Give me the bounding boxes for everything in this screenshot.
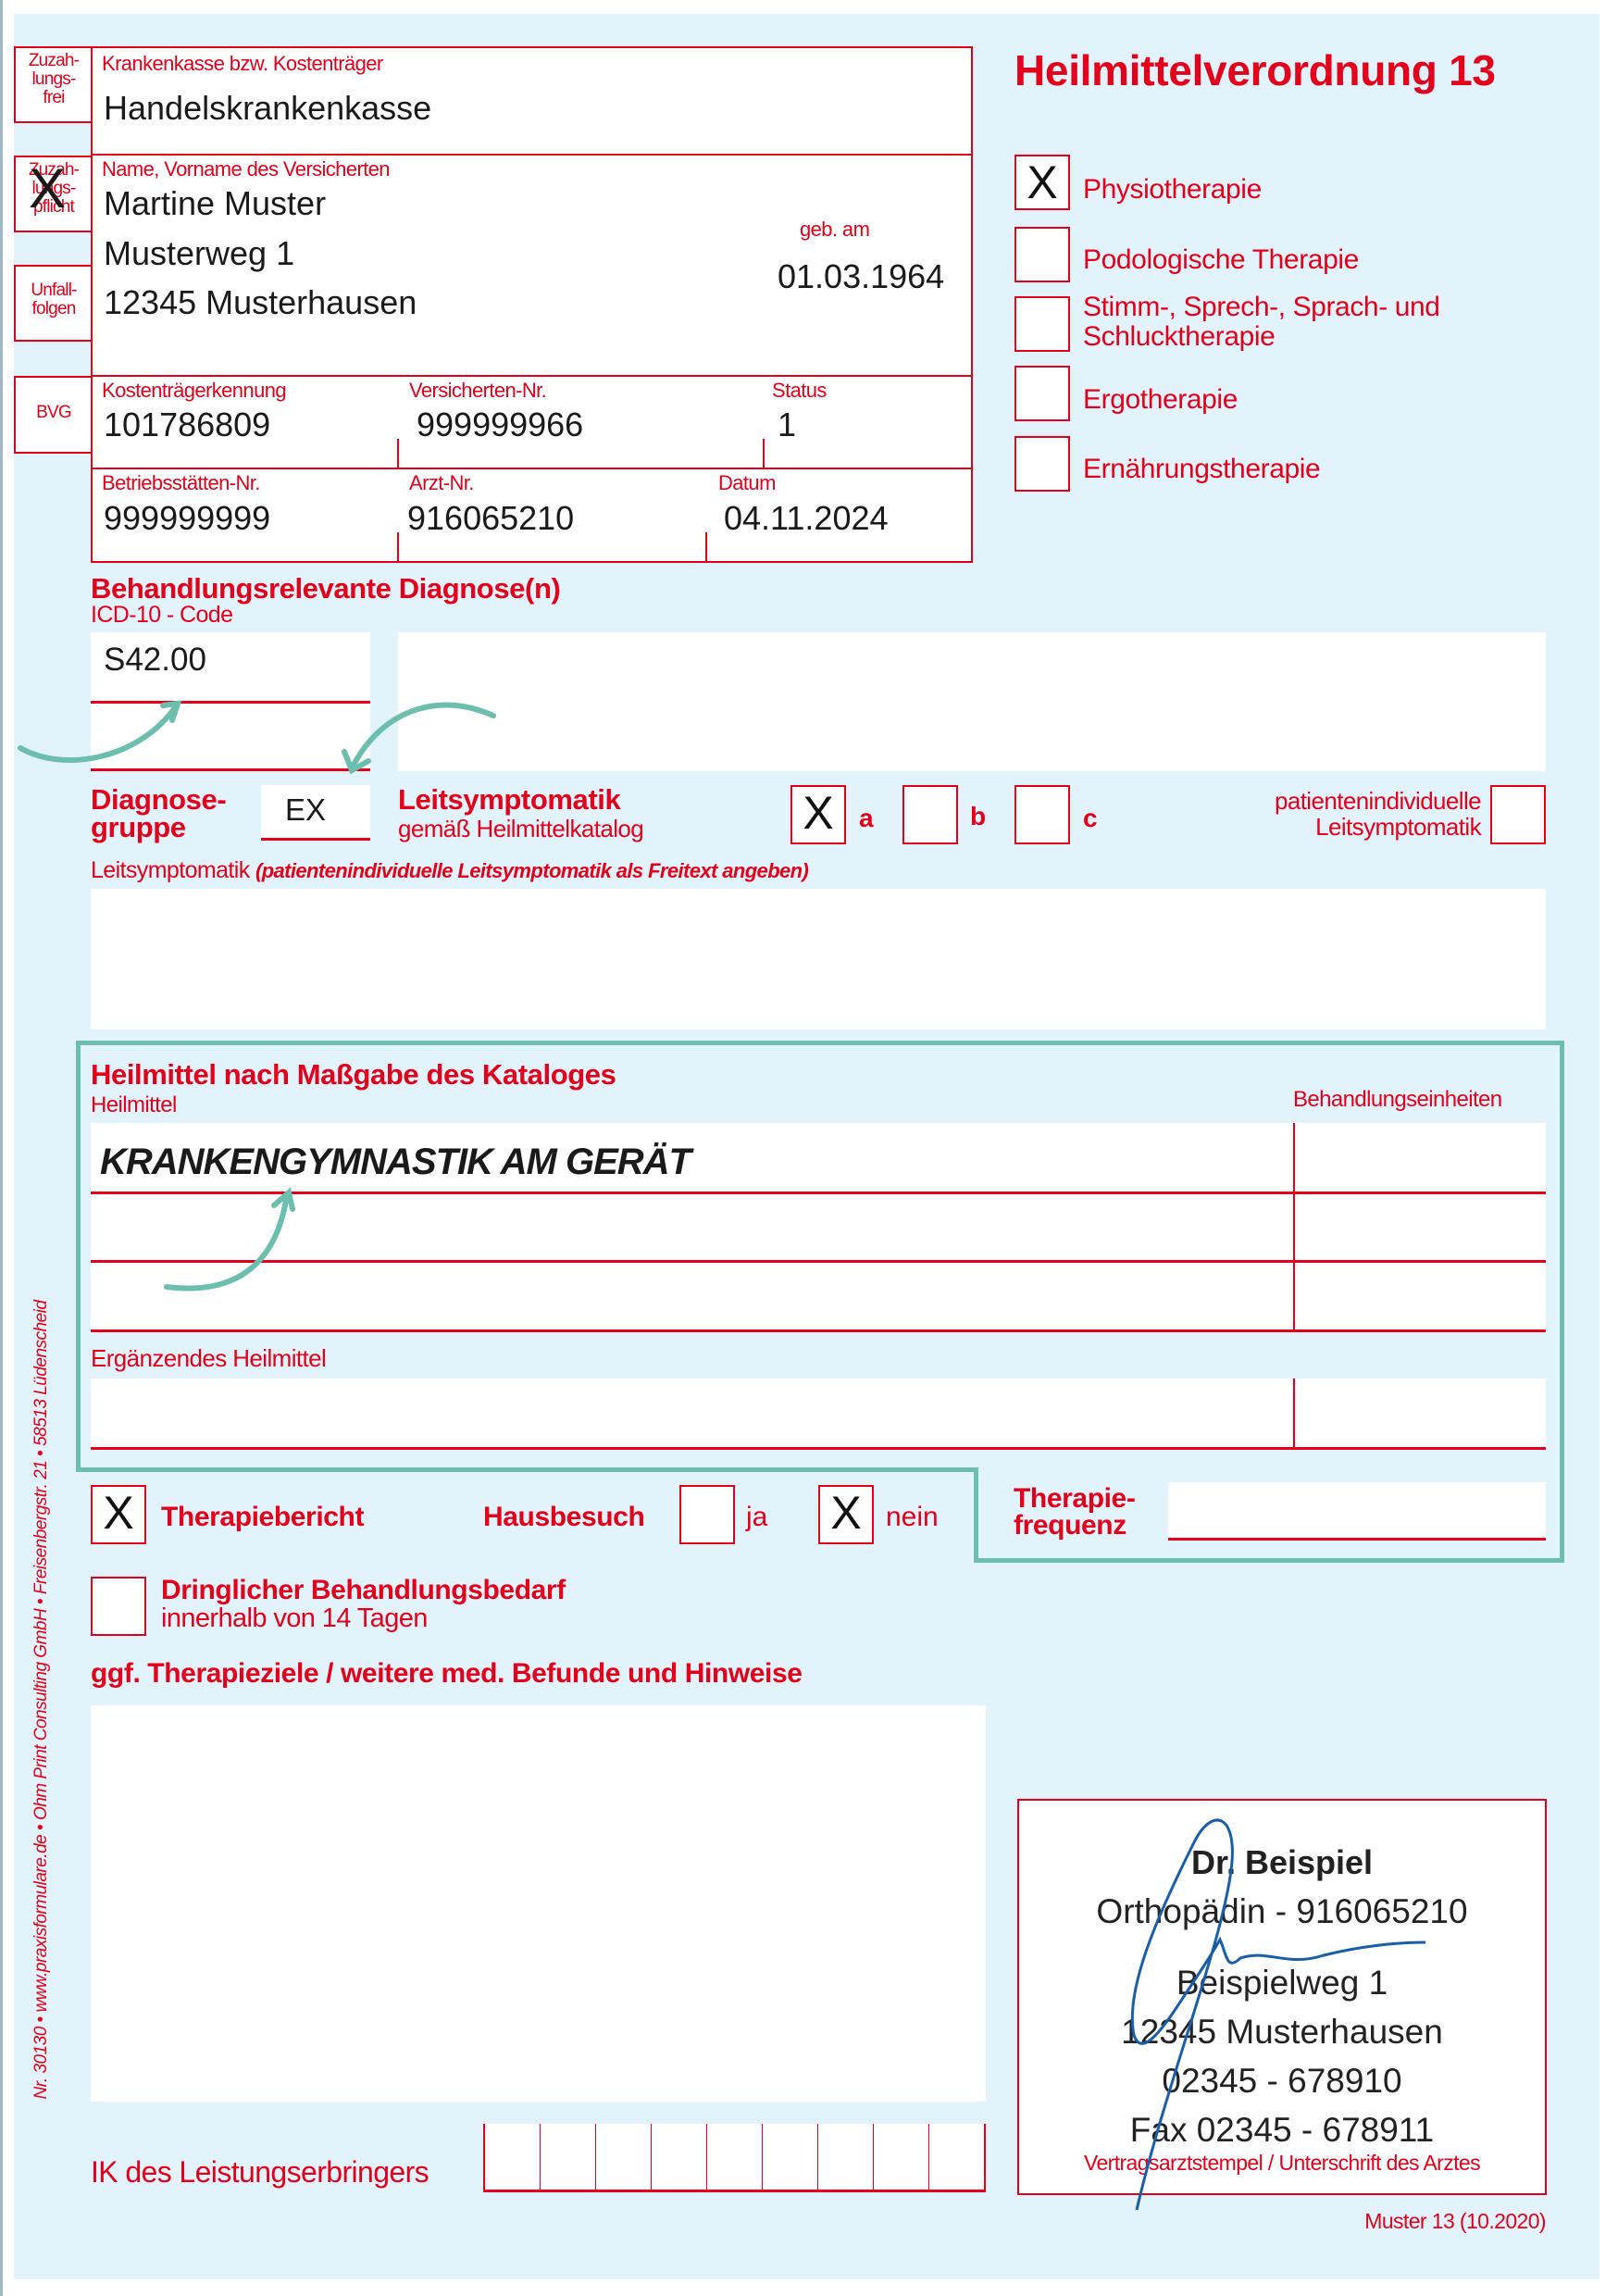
signature-icon bbox=[1132, 1820, 1425, 2210]
annotation-overlay bbox=[0, 0, 1618, 2296]
arrow-icon bbox=[167, 1194, 287, 1289]
arrow-icon bbox=[20, 706, 176, 760]
arrow-icon bbox=[352, 705, 493, 768]
